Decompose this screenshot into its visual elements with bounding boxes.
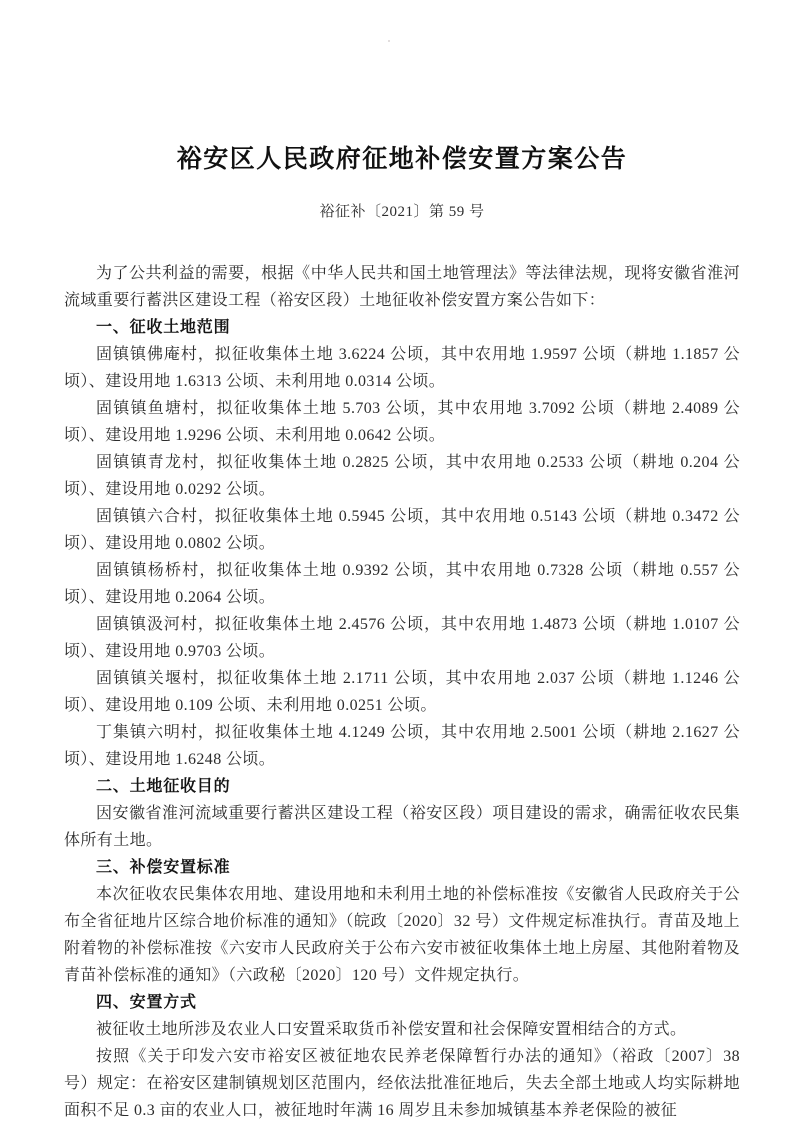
section-heading-3: 三、补偿安置标准 — [64, 854, 740, 881]
village-paragraph-yangqiao: 固镇镇杨桥村，拟征收集体土地 0.9392 公顷，其中农用地 0.7328 公顷… — [64, 557, 740, 611]
scanned-document-page: 裕安区人民政府征地补偿安置方案公告 裕征补〔2021〕第 59 号 为了公共利益… — [0, 0, 800, 1131]
village-paragraph-guanyan: 固镇镇关堰村，拟征收集体土地 2.1711 公顷，其中农用地 2.037 公顷（… — [64, 665, 740, 719]
village-paragraph-qinglong: 固镇镇青龙村，拟征收集体土地 0.2825 公顷，其中农用地 0.2533 公顷… — [64, 449, 740, 503]
section-heading-1: 一、征收土地范围 — [64, 314, 740, 341]
village-paragraph-yutang: 固镇镇鱼塘村，拟征收集体土地 5.703 公顷，其中农用地 3.7092 公顷（… — [64, 395, 740, 449]
resettlement-method-paragraph: 被征收土地所涉及农业人口安置采取货币补偿安置和社会保障安置相结合的方式。 — [64, 1016, 740, 1043]
document-title: 裕安区人民政府征地补偿安置方案公告 — [64, 143, 740, 175]
section-heading-2: 二、土地征收目的 — [64, 773, 740, 800]
compensation-standard-paragraph: 本次征收农民集体农用地、建设用地和未利用土地的补偿标准按《安徽省人民政府关于公布… — [64, 881, 740, 989]
village-paragraph-foan: 固镇镇佛庵村，拟征收集体土地 3.6224 公顷，其中农用地 1.9597 公顷… — [64, 341, 740, 395]
village-paragraph-liuming: 丁集镇六明村，拟征收集体土地 4.1249 公顷，其中农用地 2.5001 公顷… — [64, 719, 740, 773]
pension-policy-paragraph: 按照《关于印发六安市裕安区被征地农民养老保障暂行办法的通知》（裕政〔2007〕3… — [64, 1043, 740, 1124]
document-body: 为了公共利益的需要，根据《中华人民共和国土地管理法》等法律法规，现将安徽省淮河流… — [64, 260, 740, 1124]
purpose-paragraph: 因安徽省淮河流域重要行蓄洪区建设工程（裕安区段）项目建设的需求，确需征收农民集体… — [64, 800, 740, 854]
scan-speck — [388, 40, 390, 42]
village-paragraph-jihe: 固镇镇汲河村，拟征收集体土地 2.4576 公顷，其中农用地 1.4873 公顷… — [64, 611, 740, 665]
document-number: 裕征补〔2021〕第 59 号 — [64, 200, 740, 221]
intro-paragraph: 为了公共利益的需要，根据《中华人民共和国土地管理法》等法律法规，现将安徽省淮河流… — [64, 260, 740, 314]
section-heading-4: 四、安置方式 — [64, 989, 740, 1016]
village-paragraph-liuhe: 固镇镇六合村，拟征收集体土地 0.5945 公顷，其中农用地 0.5143 公顷… — [64, 503, 740, 557]
